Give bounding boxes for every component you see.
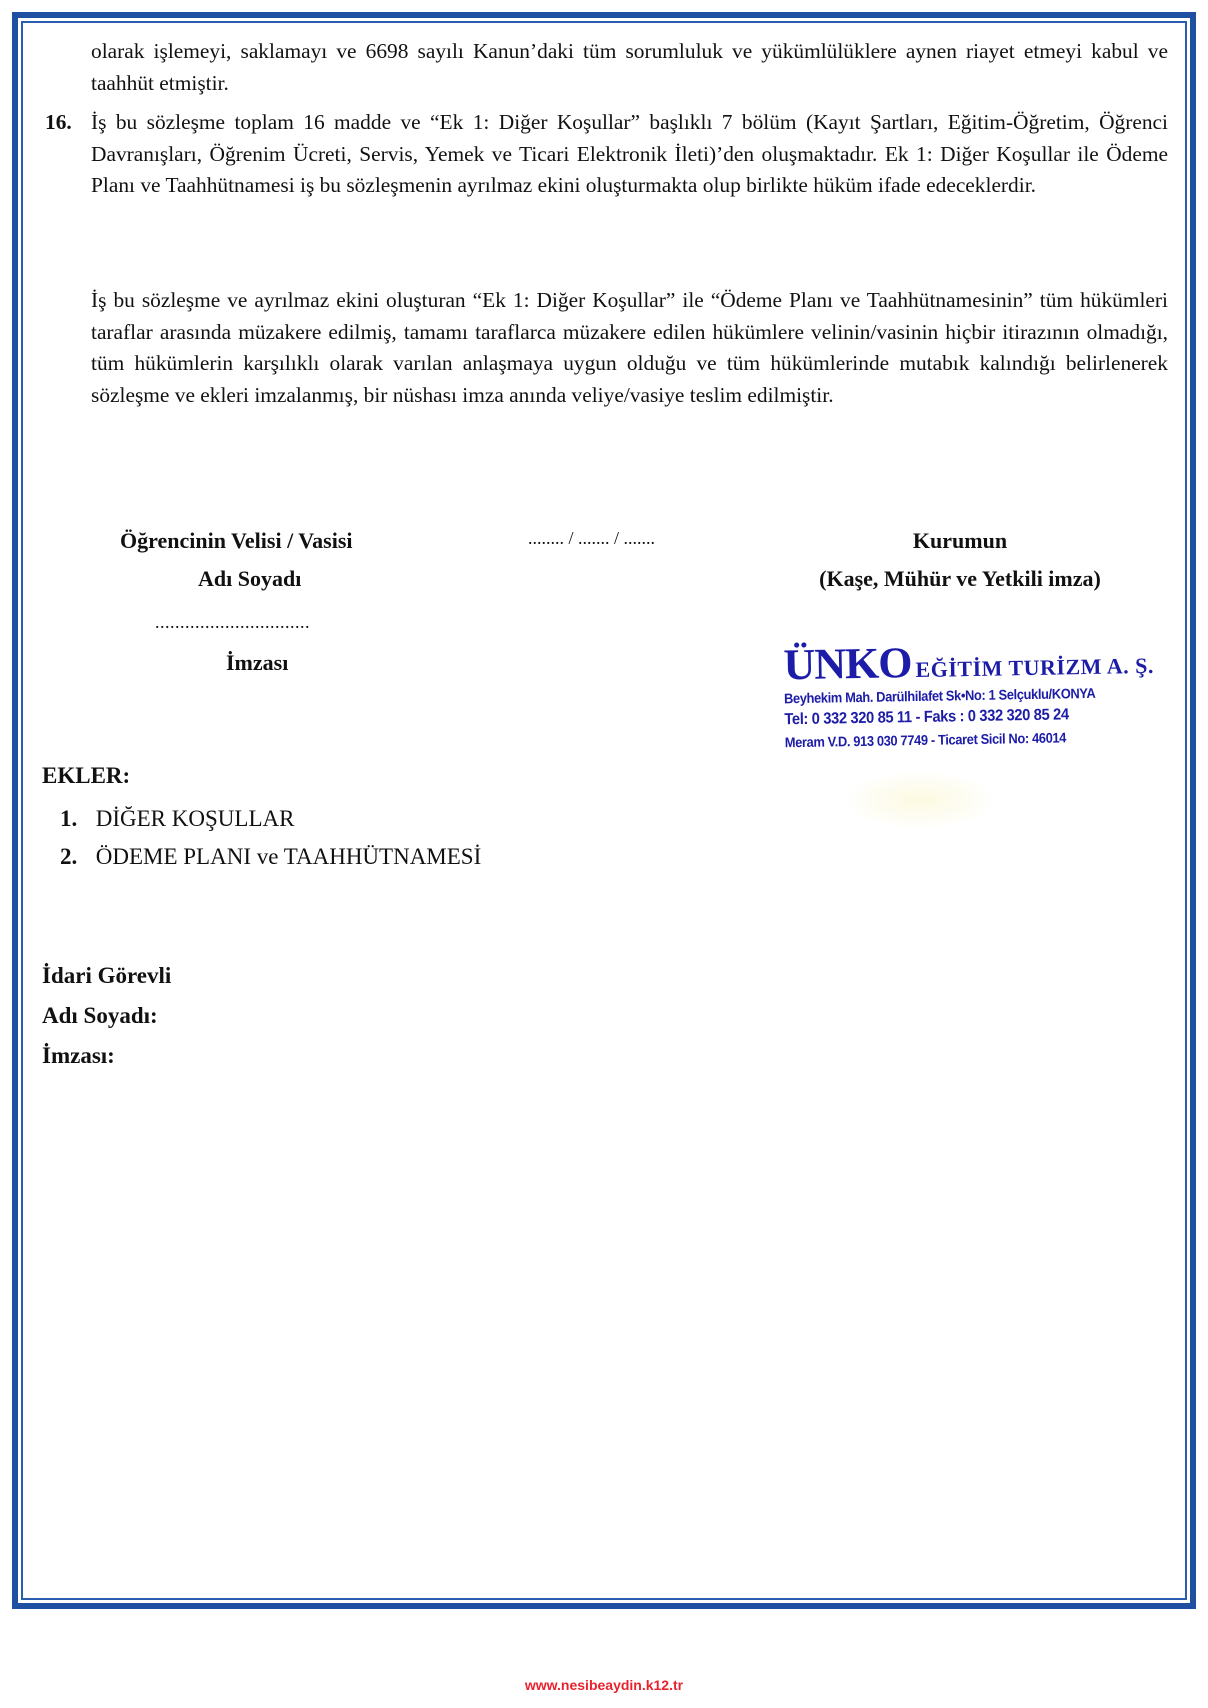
closing-paragraph: İş bu sözleşme ve ayrılmaz ekini oluştur… xyxy=(91,285,1168,411)
item-16-text: İş bu sözleşme toplam 16 madde ve “Ek 1:… xyxy=(91,107,1168,202)
attachment-label: ÖDEME PLANI ve TAAHHÜTNAMESİ xyxy=(96,844,482,869)
guardian-sign-label: İmzası xyxy=(226,650,288,676)
staff-sign-label: İmzası: xyxy=(42,1043,115,1069)
attachments-title: EKLER: xyxy=(42,763,130,789)
attachment-item: 2. ÖDEME PLANI ve TAAHHÜTNAMESİ xyxy=(60,838,481,876)
attachment-item: 1. DİĞER KOŞULLAR xyxy=(60,800,481,838)
stamp-company: EĞİTİM TURİZM A. Ş. xyxy=(915,653,1154,682)
paragraph-continuation: olarak işlemeyi, saklamayı ve 6698 sayıl… xyxy=(91,36,1168,99)
guardian-title: Öğrencinin Velisi / Vasisi xyxy=(120,528,353,554)
company-stamp: ÜNKOEĞİTİM TURİZM A. Ş. Beyhekim Mah. Da… xyxy=(783,637,1165,754)
staff-title: İdari Görevli xyxy=(42,963,171,989)
attachment-number: 2. xyxy=(60,838,90,876)
guardian-name-label: Adı Soyadı xyxy=(198,566,301,592)
attachment-label: DİĞER KOŞULLAR xyxy=(96,806,295,831)
institution-subtitle: (Kaşe, Mühür ve Yetkili imza) xyxy=(760,566,1160,592)
item-number: 16. xyxy=(45,107,72,139)
date-field: ........ / ....... / ....... xyxy=(528,528,655,549)
institution-title: Kurumun xyxy=(760,528,1160,554)
attachments-list: 1. DİĞER KOŞULLAR 2. ÖDEME PLANI ve TAAH… xyxy=(60,800,481,876)
stamp-brand: ÜNKO xyxy=(783,638,912,689)
footer-website-link[interactable]: www.nesibeaydin.k12.tr xyxy=(0,1677,1208,1693)
staff-name-label: Adı Soyadı: xyxy=(42,1003,158,1029)
guardian-name-field: ............................... xyxy=(155,612,310,633)
attachment-number: 1. xyxy=(60,800,90,838)
stamp-smudge xyxy=(840,770,1000,830)
